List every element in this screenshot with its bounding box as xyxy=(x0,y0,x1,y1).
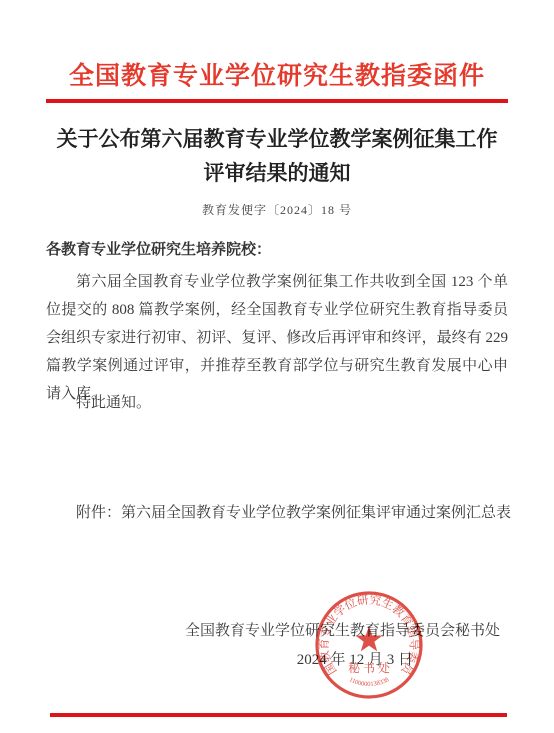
document-page: 全国教育专业学位研究生教指委函件 关于公布第六届教育专业学位教学案例征集工作 评… xyxy=(0,0,554,733)
letterhead-divider-line xyxy=(46,99,508,103)
notice-title-line2: 评审结果的通知 xyxy=(27,156,527,190)
seal-serial-number: 1100000138338 xyxy=(348,676,390,688)
notice-title: 关于公布第六届教育专业学位教学案例征集工作 评审结果的通知 xyxy=(27,122,527,190)
official-seal-icon: 全国教育专业学位研究生教育指导委员会 秘书处 1100000138338 xyxy=(308,584,430,706)
attachment-line: 附件：第六届全国教育专业学位教学案例征集评审通过案例汇总表 xyxy=(46,501,516,522)
closing-line: 特此通知。 xyxy=(46,391,508,412)
salutation: 各教育专业学位研究生培养院校： xyxy=(46,238,271,259)
letterhead-title: 全国教育专业学位研究生教指委函件 xyxy=(0,56,554,92)
footer-divider-line xyxy=(50,713,507,717)
issuer-signature: 全国教育专业学位研究生教育指导委员会秘书处 xyxy=(185,619,500,640)
document-number: 教育发便字〔2024〕18 号 xyxy=(0,201,554,218)
issue-date: 2024 年 12 月 3 日 xyxy=(297,648,413,669)
notice-title-line1: 关于公布第六届教育专业学位教学案例征集工作 xyxy=(27,122,527,156)
body-paragraph: 第六届全国教育专业学位教学案例征集工作共收到全国 123 个单位提交的 808 … xyxy=(46,268,508,408)
seal-ring xyxy=(317,593,421,697)
